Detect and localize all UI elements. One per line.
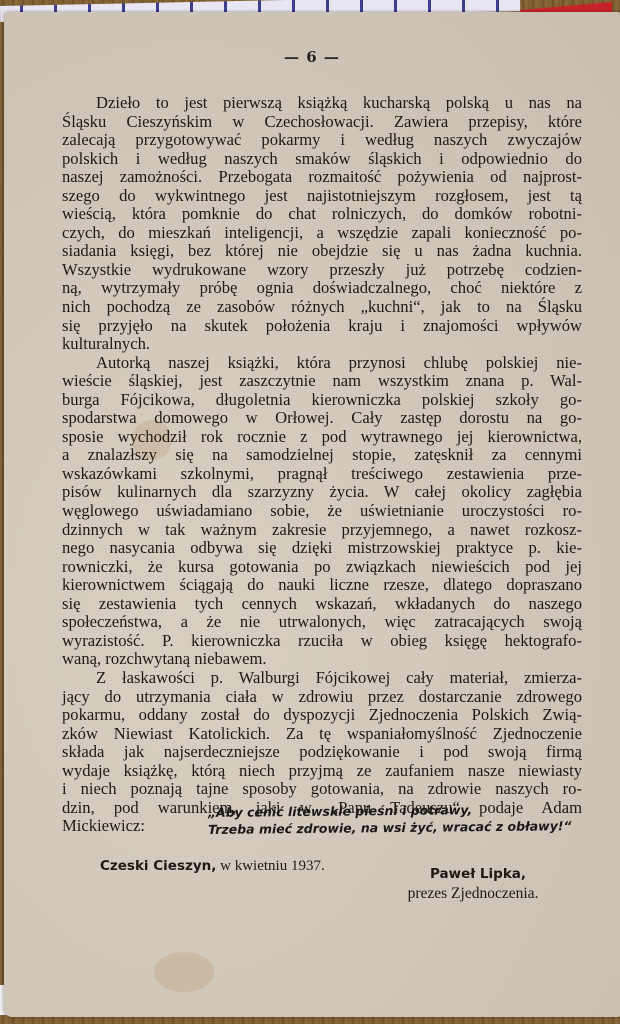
paper-stain [154, 952, 214, 992]
text-line: składa jak najserdeczniejsze podziękowan… [62, 743, 582, 762]
text-line: Wszystkie wydrukowane wzory przeszły już… [62, 261, 582, 280]
text-line: sposie wychodził rok rocznie z pod wytra… [62, 428, 582, 447]
text-line: społeczeństwa, a że nie utrwalonych, wię… [62, 613, 582, 632]
text-line: wieście śląskiej, jest zaszczytnie nam w… [62, 372, 582, 391]
text-line: spodarstwa domowego w Orłowej. Cały zast… [62, 409, 582, 428]
text-line: siadania księgi, bez której nie obejdzie… [62, 242, 582, 261]
text-line: naszej zamożności. Przebogata rozmaitość… [62, 168, 582, 187]
body-text: Dzieło to jest pierwszą książką kucharsk… [62, 94, 582, 836]
text-line: polskich i według naszych smaków śląskic… [62, 150, 582, 169]
paragraph-1: Dzieło to jest pierwszą książką kucharsk… [62, 94, 582, 354]
text-line: rowniczki, że kursa gotowania po związka… [62, 558, 582, 577]
text-line: dzinnych w tak ważnym zakresie przyjemne… [62, 521, 582, 540]
text-line: pisów kulinarnych dla szarzyzny życia. W… [62, 483, 582, 502]
signatory-name: Paweł Lipka, [388, 866, 558, 882]
text-line: a znalazłszy się na samodzielnej stopie,… [62, 446, 582, 465]
signatory-role: prezes Zjednoczenia. [388, 885, 558, 903]
text-line: się przyjęło na skutek położenia kraju i… [62, 317, 582, 336]
text-line: ną, wytrzymały próbę ognia doświadczalne… [62, 279, 582, 298]
text-line: waną, rozchwytaną niebawem. [62, 650, 582, 669]
text-line: wskazówkami szkolnymi, pragnął treściweg… [62, 465, 582, 484]
text-line: zalecają przygotowywać pokarmy i według … [62, 131, 582, 150]
text-line: kulturalnych. [62, 335, 582, 354]
text-line: Z łaskawości p. Walburgi Fójcikowej cały… [62, 669, 582, 688]
text-line: nich pochodzą ze zasobów różnych „kuchni… [62, 298, 582, 317]
text-line: węglowego uświadamiano sobie, że uświetn… [62, 502, 582, 521]
signature-block: Paweł Lipka, prezes Zjednoczenia. [388, 866, 558, 903]
date: w kwietniu 1937. [216, 858, 324, 874]
text-line: nego nasycania odbywa się dzięki mistrzo… [62, 539, 582, 558]
text-line: wyrazistość. P. kierowniczka rzuciła w o… [62, 632, 582, 651]
text-line: się zestawienia tych cennych wskazań, wk… [62, 595, 582, 614]
text-line: szego do wykwintnego jest najistotniejsz… [62, 187, 582, 206]
text-line: kierownictwem ściągają do nauki liczne r… [62, 576, 582, 595]
text-line: pokarmu, oddany został do dyspozycji Zje… [62, 706, 582, 725]
text-line: zków Niewiast Katolickich. Za tę wspania… [62, 725, 582, 744]
mickiewicz-quote: „Aby cenić litewskie pieśni i potrawy, T… [208, 800, 588, 838]
text-line: jący do utrzymania ciała w zdrowiu przez… [62, 688, 582, 707]
text-line: Dzieło to jest pierwszą książką kucharsk… [62, 94, 582, 113]
text-line: wydaje książkę, którą niech przyjmą ze z… [62, 762, 582, 781]
text-line: burga Fójcikowa, długoletnia kierowniczk… [62, 391, 582, 410]
place-and-date: Czeski Cieszyn, w kwietniu 1937. [100, 858, 325, 875]
paragraph-2: Autorką naszej książki, która przynosi c… [62, 354, 582, 669]
text-line: czych, do mieszkań inteligencji, a wszęd… [62, 224, 582, 243]
text-line: Autorką naszej książki, która przynosi c… [62, 354, 582, 373]
place: Czeski Cieszyn, [100, 858, 216, 874]
text-line: wieścią, która pomknie do chat rolniczyc… [62, 205, 582, 224]
page-number: — 6 — [4, 48, 620, 66]
text-line: i niech poznają tajne sposoby gotowania,… [62, 780, 582, 799]
text-line: Śląsku Cieszyńskim w Czechosłowacji. Zaw… [62, 113, 582, 132]
